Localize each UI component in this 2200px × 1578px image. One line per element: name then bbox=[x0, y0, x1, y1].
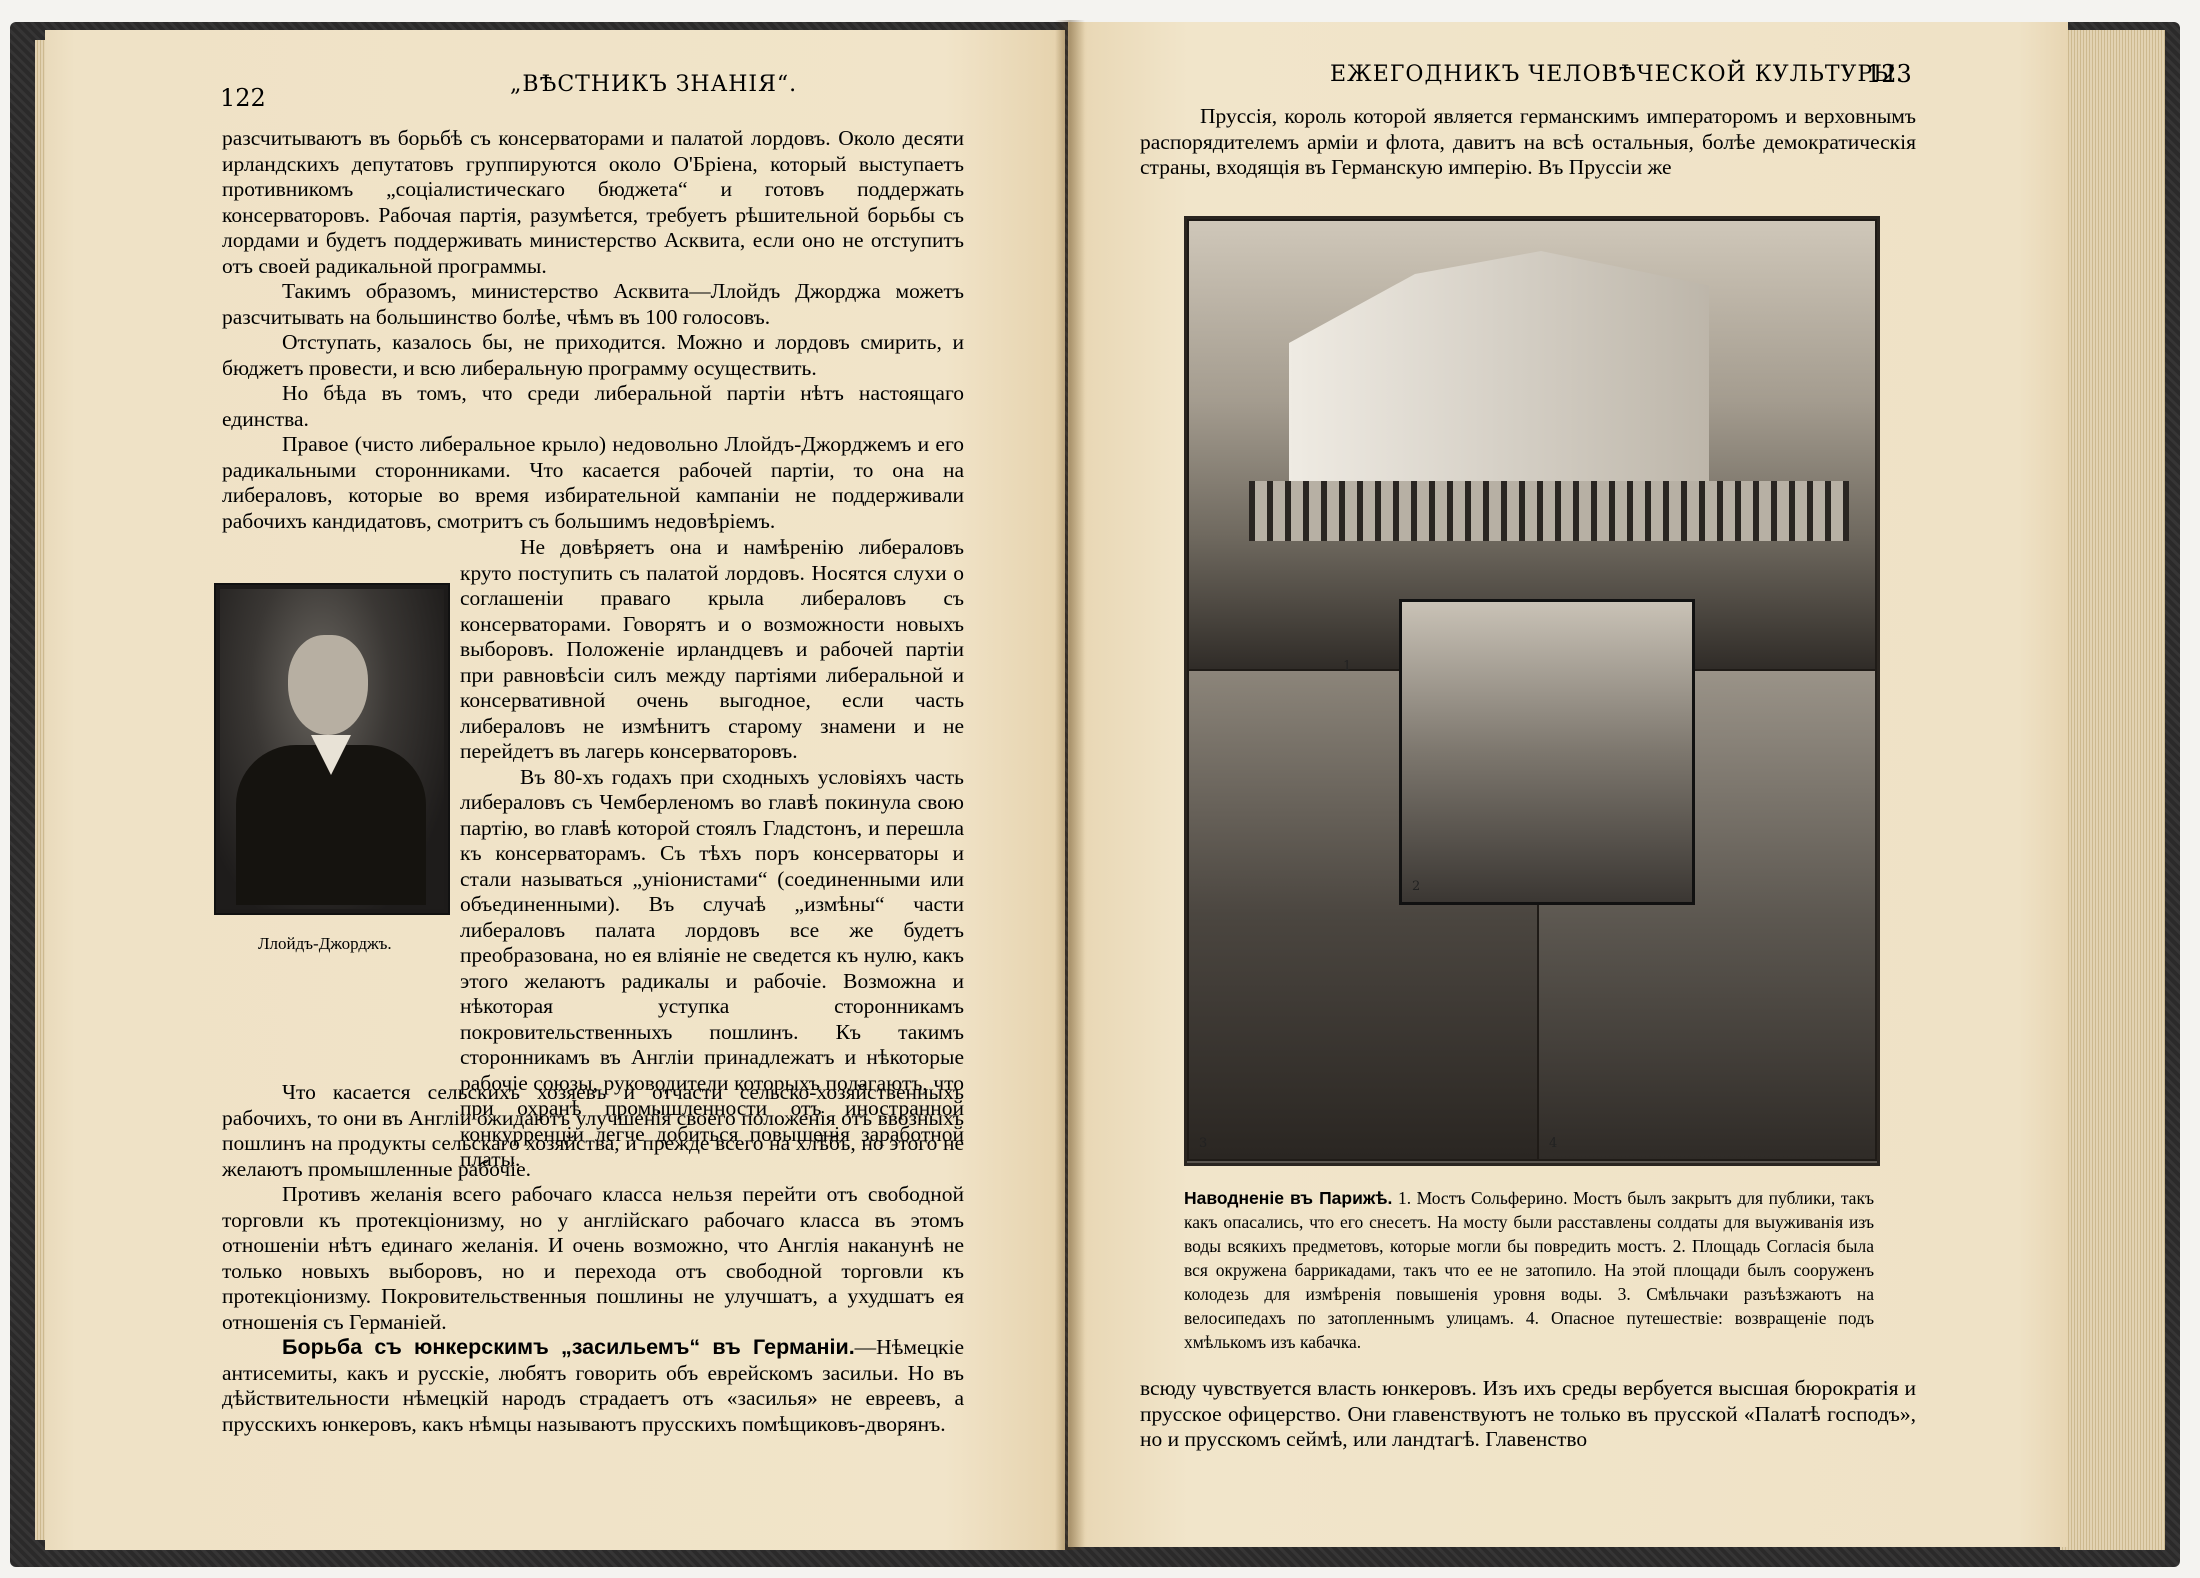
portrait-caption: Ллойдъ-Джорджъ. bbox=[258, 934, 392, 954]
paragraph: Что касается сельскихъ хозяевъ и отчасти… bbox=[222, 1080, 964, 1182]
section-heading: Борьба съ юнкерскимъ „засильемъ“ въ Герм… bbox=[282, 1335, 855, 1359]
caption-title: Наводненіе въ Парижѣ. bbox=[1184, 1188, 1392, 1208]
portrait-photo bbox=[214, 583, 450, 915]
paragraph: Противъ желанія всего рабочаго класса не… bbox=[222, 1182, 964, 1335]
right-intro: Пруссія, король которой является германс… bbox=[1140, 104, 1916, 181]
running-head-right: ЕЖЕГОДНИКЪ ЧЕЛОВѢЧЕСКОЙ КУЛЬТУРЫ. bbox=[1330, 62, 1904, 87]
left-column-bottom: Что касается сельскихъ хозяевъ и отчасти… bbox=[222, 1080, 964, 1437]
paragraph: разсчитываютъ въ борьбѣ съ консерваторам… bbox=[222, 126, 964, 279]
caption-text: 1. Мостъ Сольферино. Мостъ былъ закрытъ … bbox=[1184, 1188, 1874, 1352]
flood-illustration: 3 4 2 1 bbox=[1184, 216, 1880, 1166]
book-gutter bbox=[1055, 20, 1085, 1550]
right-closing: всюду чувствуется власть юнкеровъ. Изъ и… bbox=[1140, 1376, 1916, 1453]
paragraph: всюду чувствуется власть юнкеровъ. Изъ и… bbox=[1140, 1376, 1916, 1453]
left-column-top: разсчитываютъ въ борьбѣ съ консерваторам… bbox=[222, 126, 964, 534]
panel-number-1: 1 bbox=[1343, 659, 1351, 674]
running-head-left: „ВѢСТНИКЪ ЗНАНІЯ“. bbox=[510, 72, 797, 97]
illustration-panel-2: 2 bbox=[1399, 599, 1695, 905]
left-column-wrap: Не довѣряетъ она и намѣренію либераловъ … bbox=[460, 535, 964, 1173]
paragraph: Не довѣряетъ она и намѣренію либераловъ … bbox=[460, 535, 964, 765]
page-number-left: 122 bbox=[220, 84, 266, 112]
paragraph: Такимъ образомъ, министерство Асквита—Лл… bbox=[222, 279, 964, 330]
paragraph: Пруссія, король которой является германс… bbox=[1140, 104, 1916, 181]
paragraph: Отступать, казалось бы, не приходится. М… bbox=[222, 330, 964, 381]
right-page-edges bbox=[2060, 30, 2165, 1550]
paragraph: Правое (чисто либеральное крыло) недовол… bbox=[222, 432, 964, 534]
paragraph: Но бѣда въ томъ, что среди либеральной п… bbox=[222, 381, 964, 432]
page-number-right: 123 bbox=[1866, 60, 1912, 88]
illustration-caption: Наводненіе въ Парижѣ. 1. Мостъ Сольферин… bbox=[1184, 1186, 1874, 1354]
